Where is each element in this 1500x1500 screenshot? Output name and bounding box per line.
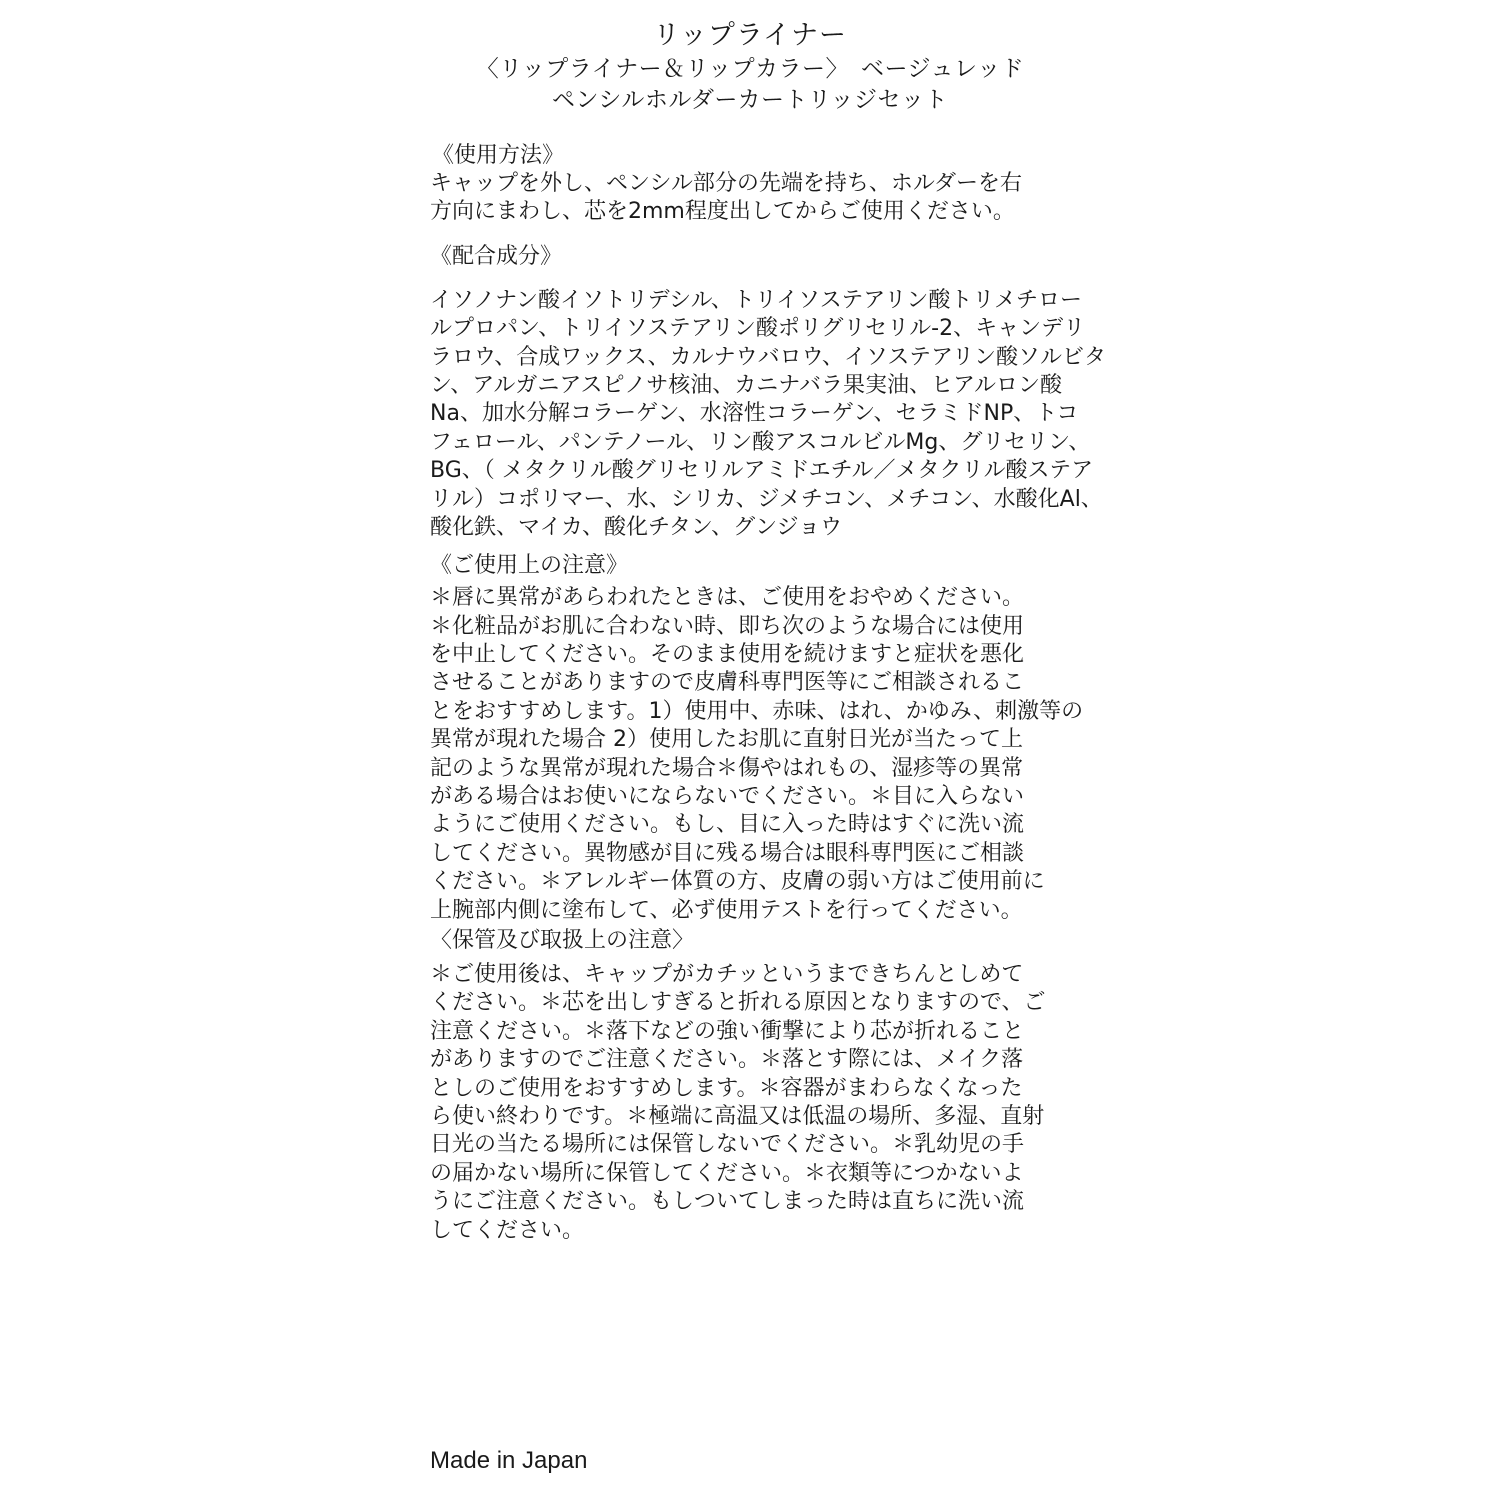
precautions-line: させることがありますので皮膚科専門医等にご相談されるこ: [430, 669, 1090, 697]
storage-line: ＊ご使用後は、キャップがカチッというまできちんとしめて: [430, 961, 1090, 989]
ingredients-line: 酸化鉄、マイカ、酸化チタン、グンジョウ: [430, 514, 1090, 542]
storage-line: の届かない場所に保管してください。＊衣類等につかないよ: [430, 1160, 1090, 1188]
precautions-line: ください。＊アレルギー体質の方、皮膚の弱い方はご使用前に: [430, 868, 1090, 896]
ingredients-line: フェロール、パンテノール、リン酸アスコルビルMg、グリセリン、: [430, 429, 1090, 457]
precautions-line: 上腕部内側に塗布して、必ず使用テストを行ってください。: [430, 897, 1090, 925]
precautions-line: がある場合はお使いにならないでください。＊目に入らない: [430, 783, 1090, 811]
precautions-line: ようにご使用ください。もし、目に入った時はすぐに洗い流: [430, 811, 1090, 839]
storage-line: ください。＊芯を出しすぎると折れる原因となりますので、ご: [430, 989, 1090, 1017]
usage-section: 《使用方法》 キャップを外し、ペンシル部分の先端を持ち、ホルダーを右 方向にまわ…: [430, 142, 1090, 227]
precautions-heading: 《ご使用上の注意》: [430, 552, 1090, 580]
precautions-line: 記のような異常が現れた場合＊傷やはれもの、湿疹等の異常: [430, 755, 1090, 783]
ingredients-line: BG、（ メタクリル酸グリセリルアミドエチル／メタクリル酸ステア: [430, 457, 1090, 485]
ingredients-line: リル）コポリマー、水、シリカ、ジメチコン、メチコン、水酸化Al、: [430, 486, 1090, 514]
precautions-line: を中止してください。そのまま使用を続けますと症状を悪化: [430, 641, 1090, 669]
product-subtitle-line: 〈リップライナー＆リップカラー〉 ベージュレッド: [0, 54, 1500, 85]
product-title: リップライナー: [0, 18, 1500, 54]
storage-heading: 〈保管及び取扱上の注意〉: [430, 927, 1090, 955]
precautions-section: 《ご使用上の注意》 ＊唇に異常があらわれたときは、ご使用をおやめください。 ＊化…: [430, 552, 1090, 925]
storage-line: としのご使用をおすすめします。＊容器がまわらなくなった: [430, 1075, 1090, 1103]
ingredients-line: ラロウ、合成ワックス、カルナウバロウ、イソステアリン酸ソルビタ: [430, 344, 1090, 372]
precautions-line: ＊唇に異常があらわれたときは、ご使用をおやめください。: [430, 584, 1090, 612]
storage-line: がありますのでご注意ください。＊落とす際には、メイク落: [430, 1046, 1090, 1074]
ingredients-heading: 《配合成分》: [430, 243, 1090, 271]
usage-heading: 《使用方法》: [432, 142, 1090, 170]
storage-line: 日光の当たる場所には保管しないでください。＊乳幼児の手: [430, 1131, 1090, 1159]
ingredients-line: Na、加水分解コラーゲン、水溶性コラーゲン、セラミドNP、トコ: [430, 400, 1090, 428]
storage-line: ら使い終わりです。＊極端に高温又は低温の場所、多湿、直射: [430, 1103, 1090, 1131]
precautions-line: 異常が現れた場合 2）使用したお肌に直射日光が当たって上: [430, 726, 1090, 754]
storage-line: 注意ください。＊落下などの強い衝撃により芯が折れること: [430, 1018, 1090, 1046]
ingredients-line: イソノナン酸イソトリデシル、トリイソステアリン酸トリメチロー: [430, 287, 1090, 315]
ingredients-line: ン、アルガニアスピノサ核油、カニナバラ果実油、ヒアルロン酸: [430, 372, 1090, 400]
made-in-japan-label: Made in Japan: [430, 1445, 587, 1477]
usage-line: キャップを外し、ペンシル部分の先端を持ち、ホルダーを右: [430, 170, 1090, 198]
ingredients-section: 《配合成分》 イソノナン酸イソトリデシル、トリイソステアリン酸トリメチロー ルプ…: [430, 243, 1090, 543]
ingredients-line: ルプロパン、トリイソステアリン酸ポリグリセリル-2、キャンデリ: [430, 315, 1090, 343]
storage-line: してください。: [430, 1217, 1090, 1245]
product-subtitle-line: ペンシルホルダーカートリッジセット: [0, 85, 1500, 116]
usage-line: 方向にまわし、芯を2mm程度出してからご使用ください。: [430, 198, 1090, 226]
precautions-line: してください。異物感が目に残る場合は眼科専門医にご相談: [430, 840, 1090, 868]
product-header: リップライナー 〈リップライナー＆リップカラー〉 ベージュレッド ペンシルホルダ…: [0, 18, 1500, 116]
storage-section: 〈保管及び取扱上の注意〉 ＊ご使用後は、キャップがカチッというまできちんとしめて…: [430, 927, 1090, 1245]
precautions-line: ＊化粧品がお肌に合わない時、即ち次のような場合には使用: [430, 613, 1090, 641]
storage-line: うにご注意ください。もしついてしまった時は直ちに洗い流: [430, 1188, 1090, 1216]
precautions-line: とをおすすめします。1）使用中、赤味、はれ、かゆみ、刺激等の: [430, 698, 1090, 726]
label-content: 《使用方法》 キャップを外し、ペンシル部分の先端を持ち、ホルダーを右 方向にまわ…: [430, 142, 1090, 1245]
